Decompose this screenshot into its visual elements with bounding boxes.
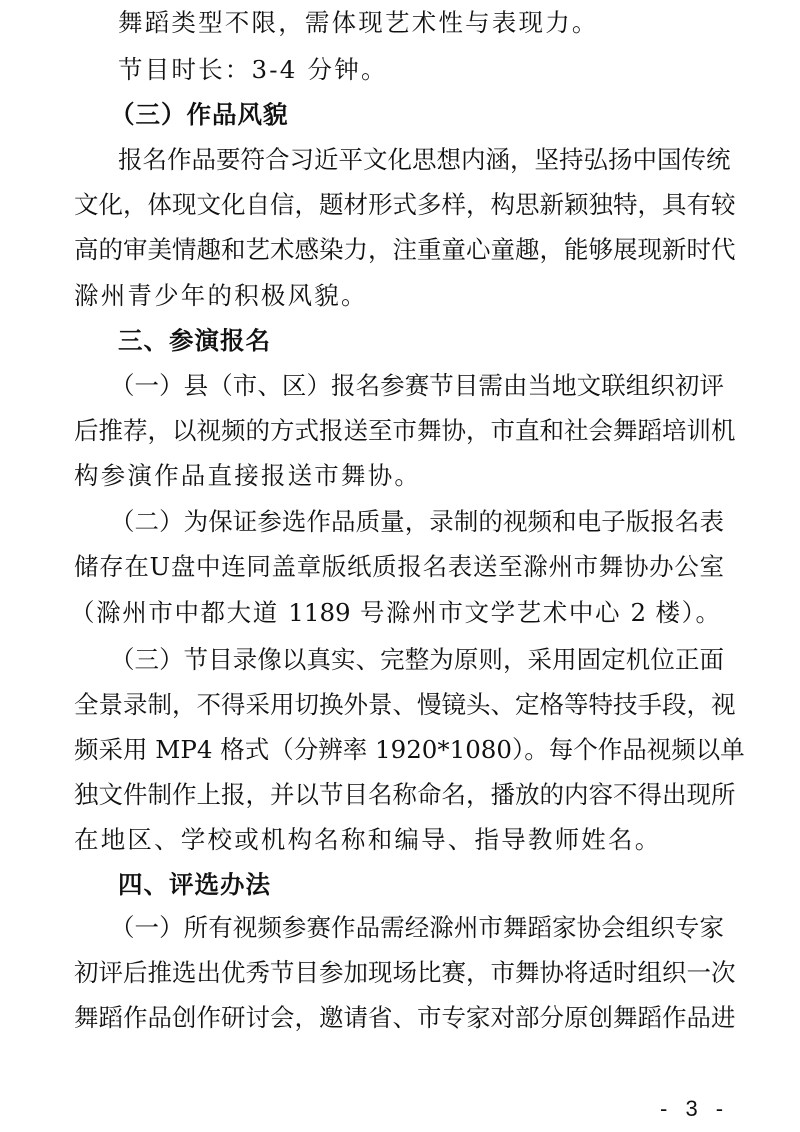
text-line: 全景录制，不得采用切换外景、慢镜头、定格等特技手段，视: [74, 690, 724, 720]
text-line: 滁州青少年的积极风貌。: [74, 281, 724, 311]
text-line: 舞蹈类型不限，需体现艺术性与表现力。: [118, 8, 724, 38]
text-line: 节目时长：3-4 分钟。: [118, 55, 724, 85]
text-line: 在地区、学校或机构名称和编导、指导教师姓名。: [74, 825, 724, 855]
paragraph-start: （一）县（市、区）报名参赛节目需由当地文联组织初评: [110, 371, 724, 401]
document-page: 舞蹈类型不限，需体现艺术性与表现力。 节目时长：3-4 分钟。 （三）作品风貌 …: [0, 0, 800, 1132]
text-line: 文化，体现文化自信，题材形式多样，构思新颖独特，具有较: [74, 190, 724, 220]
paragraph-start: （二）为保证参选作品质量，录制的视频和电子版报名表: [110, 507, 724, 537]
paragraph-start: （一）所有视频参赛作品需经滁州市舞蹈家协会组织专家: [110, 913, 724, 943]
section-subheading: （三）作品风貌: [110, 100, 760, 130]
text-line: 频采用 MP4 格式（分辨率 1920*1080）。每个作品视频以单: [74, 735, 724, 765]
text-line: 储存在U盘中连同盖章版纸质报名表送至滁州市舞协办公室: [74, 552, 724, 582]
text-line: 后推荐，以视频的方式报送至市舞协，市直和社会舞蹈培训机: [74, 416, 724, 446]
text-line: 独文件制作上报，并以节目名称命名，播放的内容不得出现所: [74, 780, 724, 810]
text-line: （滁州市中都大道 1189 号滁州市文学艺术中心 2 楼）。: [70, 598, 720, 628]
text-line: 高的审美情趣和艺术感染力，注重童心童趣，能够展现新时代: [74, 235, 724, 265]
paragraph-start: 报名作品要符合习近平文化思想内涵，坚持弘扬中国传统: [118, 145, 724, 175]
text-line: 构参演作品直接报送市舞协。: [74, 461, 724, 491]
section-heading: 四、评选办法: [118, 870, 724, 900]
page-number: - 3 -: [660, 1096, 729, 1122]
text-line: 初评后推选出优秀节目参加现场比赛，市舞协将适时组织一次: [74, 958, 724, 988]
section-heading: 三、参演报名: [118, 326, 724, 356]
paragraph-start: （三）节目录像以真实、完整为原则，采用固定机位正面: [110, 645, 724, 675]
text-line: 舞蹈作品创作研讨会，邀请省、市专家对部分原创舞蹈作品进: [74, 1003, 724, 1033]
